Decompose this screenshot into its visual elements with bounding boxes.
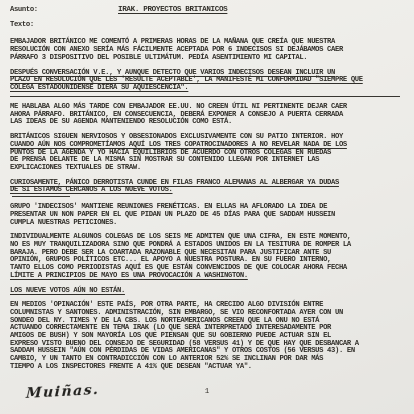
text-line: TIEMPO A LOS INSPECTORES FRENTE A 41% QU… (10, 364, 252, 372)
page-footer: Muiñas. 1 (0, 374, 414, 408)
text-line: LÍMITE A PRINCIPIOS DE MAYO ES UNA PROVO… (10, 273, 248, 281)
paragraph: INDIVIDUALMENTE ALGUNOS COLEGAS DE LOS S… (10, 234, 404, 280)
paragraph: ME HABLABA ALGO MÁS TARDE CON EMBAJADOR … (10, 104, 404, 127)
text-line: DE SI ESTAMOS CERCANOS A LOS NUEVE VOTOS… (10, 187, 173, 195)
subject-row: Asunto: IRAK. PROYECTOS BRITANICOS (10, 7, 404, 15)
document-title: IRAK. PROYECTOS BRITANICOS (118, 7, 227, 15)
text-line: LAS IDEAS DE SU AGENDA MANTENIENDO RESOL… (10, 119, 232, 127)
text-line: PÁRRAFO 3 DISPOSITIVO DEL POSIBLE ULTIMÁ… (10, 55, 307, 63)
subject-label: Asunto: (10, 7, 118, 15)
underline-stub (12, 196, 70, 197)
separator-line (10, 96, 400, 97)
paragraph: GRUPO 'INDECISOS' MANTIENE REUNIONES FRE… (10, 204, 404, 227)
paragraph: BRITÁNICOS SIGUEN NERVIOSOS Y OBSESIONAD… (10, 134, 404, 173)
paragraph: LOS NUEVE VOTOS AÚN NO ESTÁN. (10, 288, 404, 296)
paragraph: CURIOSAMENTE, PÁNICO DERROTISTA CUNDE EN… (10, 180, 404, 198)
text-label: Texto: (10, 22, 404, 30)
scanned-telegram-page: Asunto: IRAK. PROYECTOS BRITANICOS Texto… (0, 0, 414, 414)
text-line: LOS NUEVE VOTOS AÚN NO ESTÁN. (10, 288, 125, 296)
page-number: 1 (205, 388, 210, 396)
paragraph: DESPUÉS CONVERSACIÓN V.E., Y AUNQUE DETE… (10, 70, 404, 98)
text-line: COLEGA ESTADOUNIDENSE DIERA SU AQUIESCEN… (10, 85, 188, 93)
text-line: EXPLICACIONES TEXTUALES DE STRAW. (10, 165, 141, 173)
paragraph: EN MEDIOS 'OPINACIÓN' ESTE PAÍS, POR OTR… (10, 302, 404, 371)
paragraphs: EMBAJADOR BRITÁNICO ME COMENTÓ A PRIMERA… (10, 39, 404, 371)
text-line: CUMPLA NUESTRAS PETICIONES. (10, 220, 117, 228)
handwritten-signature: Muiñas. (26, 382, 100, 402)
paragraph: EMBAJADOR BRITÁNICO ME COMENTÓ A PRIMERA… (10, 39, 404, 62)
